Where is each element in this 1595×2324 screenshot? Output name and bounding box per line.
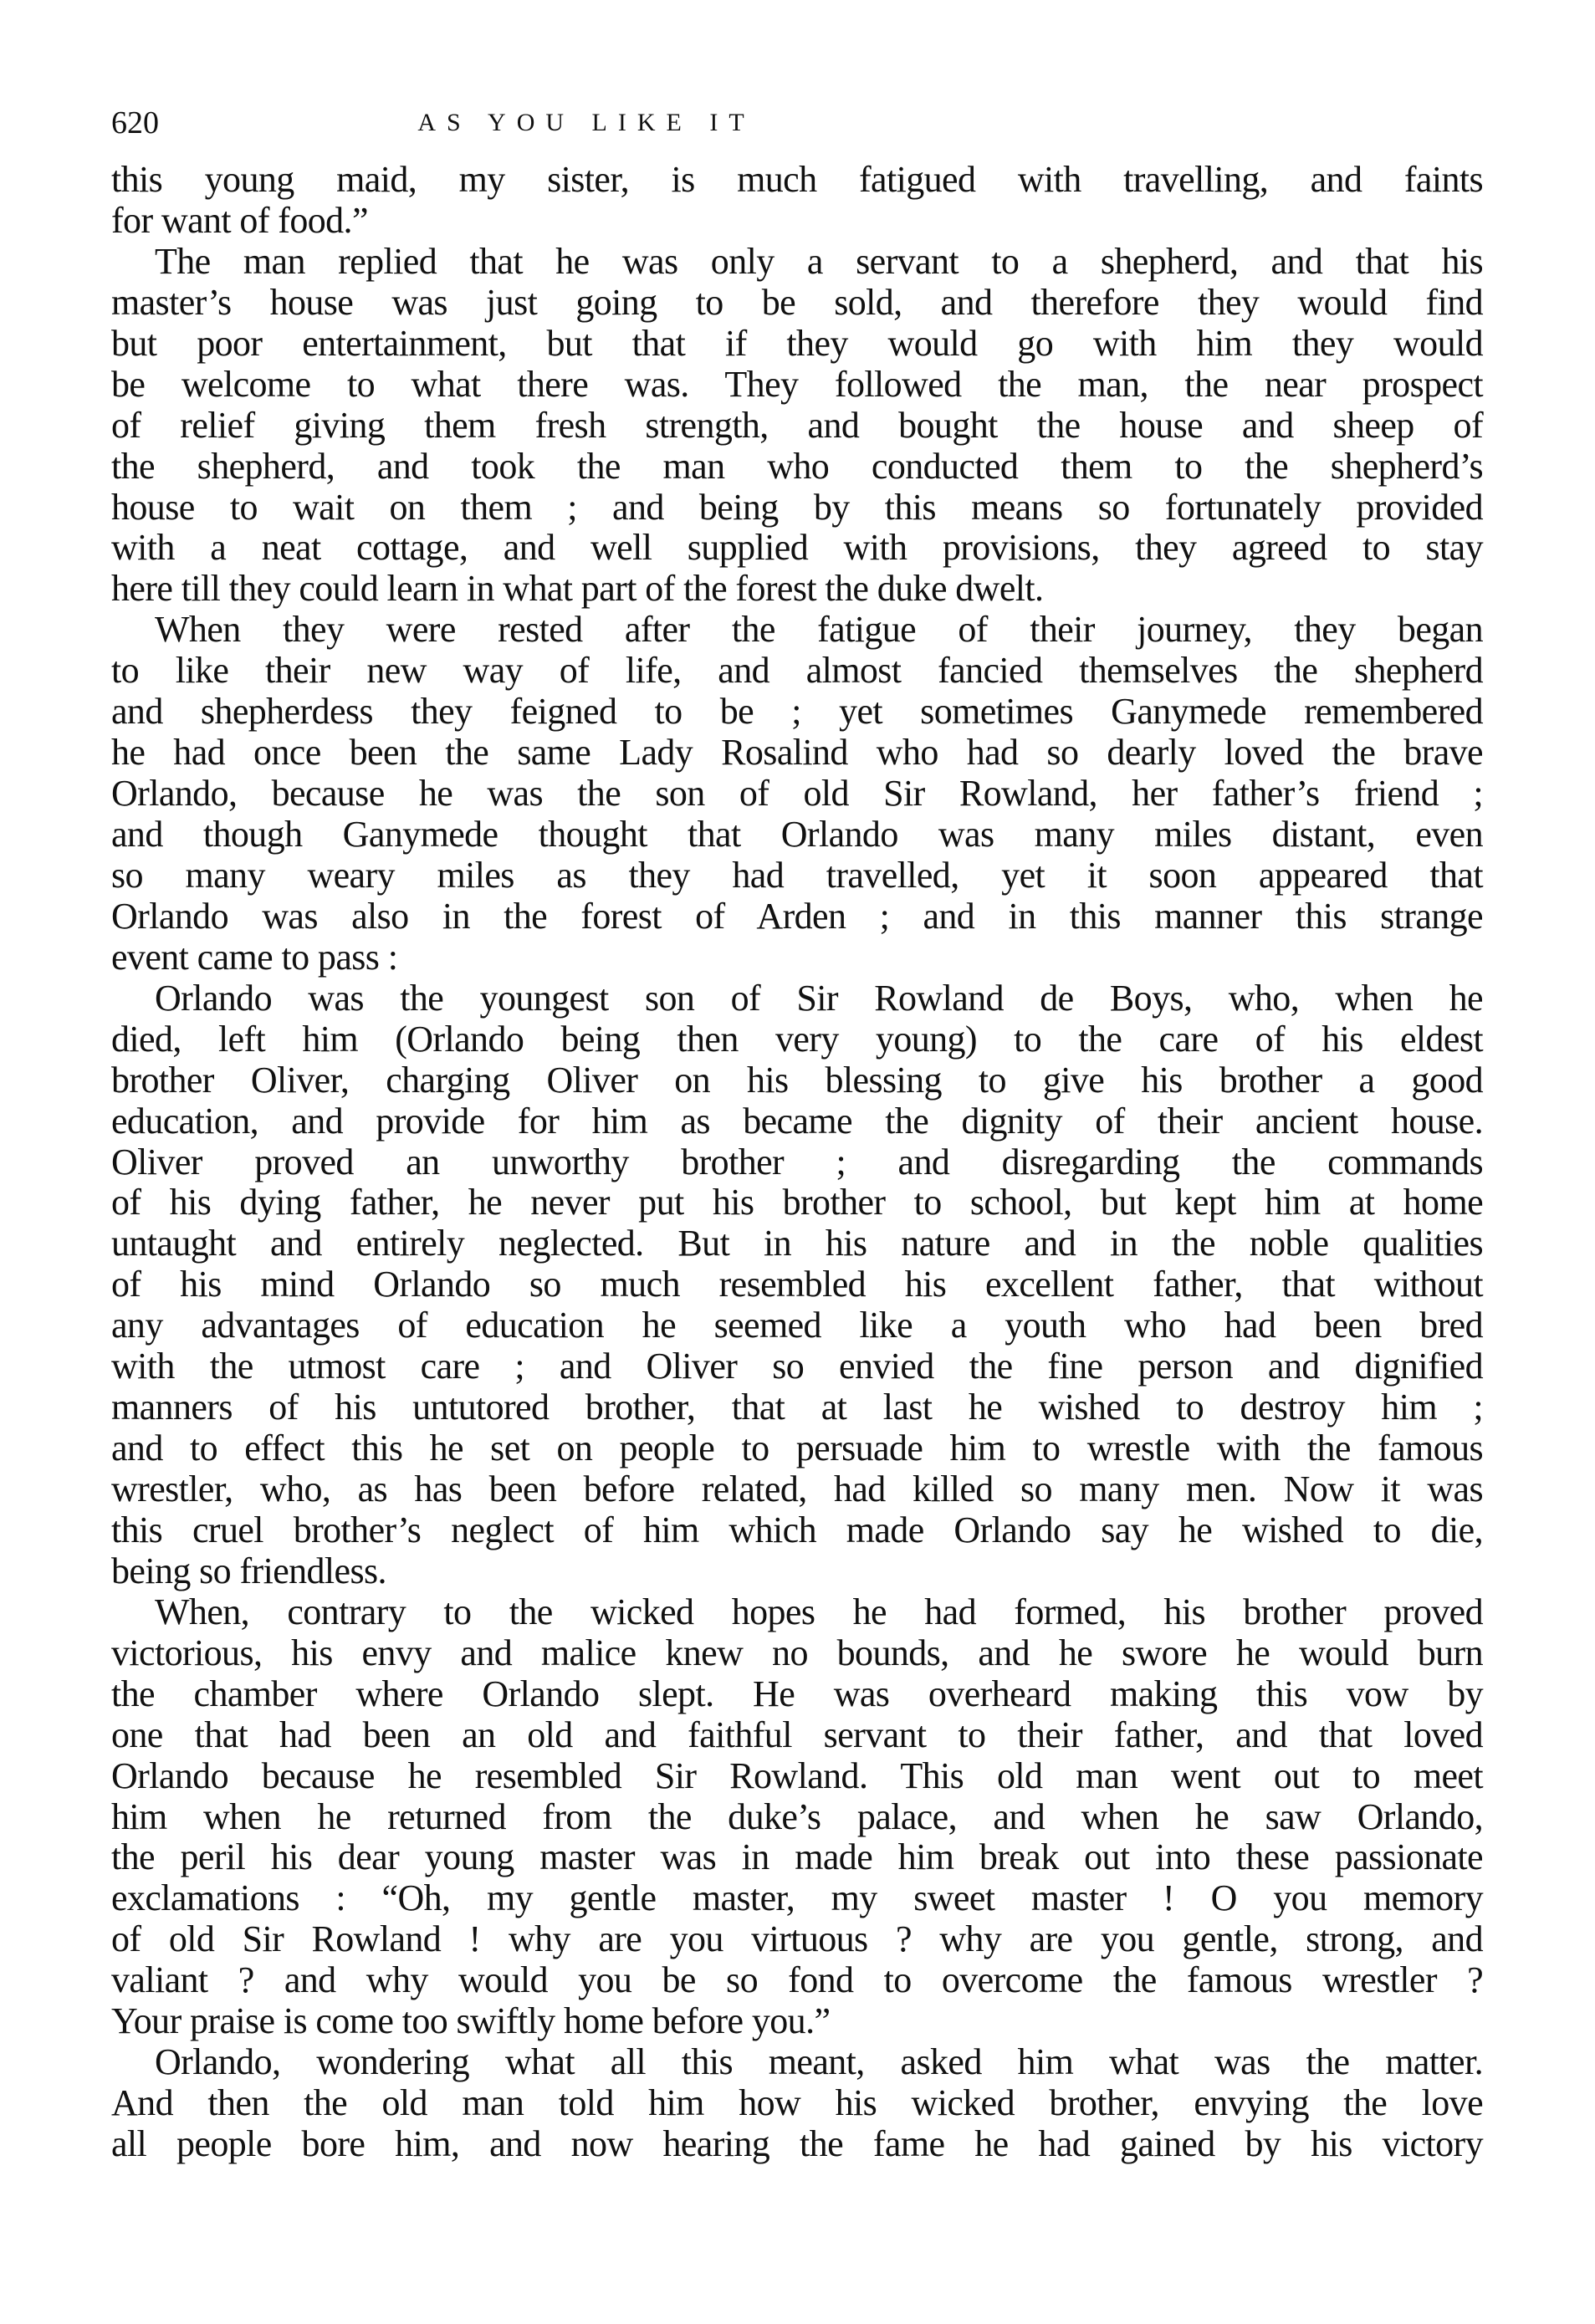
text-line: valiant ? and why would you be so fond t…	[111, 1960, 1483, 2001]
text-line: to like their new way of life, and almos…	[111, 651, 1483, 692]
text-line: and to effect this he set on people to p…	[111, 1428, 1483, 1469]
paragraph-first-line: The man replied that he was only a serva…	[111, 242, 1483, 283]
text-line: untaught and entirely neglected. But in …	[111, 1223, 1483, 1264]
running-title: AS YOU LIKE IT	[111, 102, 1055, 144]
paragraph-first-line: Orlando was the youngest son of Sir Rowl…	[111, 978, 1483, 1019]
text-line: with a neat cottage, and well supplied w…	[111, 528, 1483, 569]
text-line: the chamber where Orlando slept. He was …	[111, 1674, 1483, 1715]
body-text: this young maid, my sister, is much fati…	[111, 160, 1483, 2165]
text-line: of his dying father, he never put his br…	[111, 1182, 1483, 1223]
text-line: and shepherdess they feigned to be ; yet…	[111, 692, 1483, 733]
text-line: for want of food.”	[111, 201, 1483, 242]
paragraph-first-line: When they were rested after the fatigue …	[111, 610, 1483, 651]
text-line: here till they could learn in what part …	[111, 569, 1483, 610]
text-line: and though Ganymede thought that Orlando…	[111, 815, 1483, 856]
text-line: being so friendless.	[111, 1551, 1483, 1592]
text-line: And then the old man told him how his wi…	[111, 2083, 1483, 2124]
text-line: the shepherd, and took the man who condu…	[111, 447, 1483, 488]
text-line: Orlando, because he was the son of old S…	[111, 774, 1483, 815]
text-line: this young maid, my sister, is much fati…	[111, 160, 1483, 201]
text-line: with the utmost care ; and Oliver so env…	[111, 1346, 1483, 1387]
text-line: him when he returned from the duke’s pal…	[111, 1797, 1483, 1838]
text-line: house to wait on them ; and being by thi…	[111, 488, 1483, 529]
text-line: brother Oliver, charging Oliver on his b…	[111, 1060, 1483, 1101]
paragraph-first-line: When, contrary to the wicked hopes he ha…	[111, 1592, 1483, 1633]
text-line: be welcome to what there was. They follo…	[111, 365, 1483, 406]
text-line: exclamations : “Oh, my gentle master, my…	[111, 1878, 1483, 1919]
text-line: of his mind Orlando so much resembled hi…	[111, 1264, 1483, 1305]
text-line: master’s house was just going to be sold…	[111, 283, 1483, 324]
text-line: but poor entertainment, but that if they…	[111, 324, 1483, 365]
text-line: event came to pass :	[111, 937, 1483, 978]
text-line: all people bore him, and now hearing the…	[111, 2124, 1483, 2165]
text-line: so many weary miles as they had travelle…	[111, 856, 1483, 896]
running-head: 620 AS YOU LIKE IT	[111, 102, 1483, 144]
text-line: of old Sir Rowland ! why are you virtuou…	[111, 1919, 1483, 1960]
text-line: the peril his dear young master was in m…	[111, 1837, 1483, 1878]
text-line: victorious, his envy and malice knew no …	[111, 1633, 1483, 1674]
text-line: Orlando was also in the forest of Arden …	[111, 896, 1483, 937]
paragraph-first-line: Orlando, wondering what all this meant, …	[111, 2042, 1483, 2083]
text-line: Your praise is come too swiftly home bef…	[111, 2001, 1483, 2042]
text-line: Oliver proved an unworthy brother ; and …	[111, 1142, 1483, 1183]
text-line: this cruel brother’s neglect of him whic…	[111, 1510, 1483, 1551]
text-line: of relief giving them fresh strength, an…	[111, 406, 1483, 447]
text-line: died, left him (Orlando being then very …	[111, 1019, 1483, 1060]
text-line: any advantages of education he seemed li…	[111, 1305, 1483, 1346]
text-line: education, and provide for him as became…	[111, 1101, 1483, 1142]
text-line: Orlando because he resembled Sir Rowland…	[111, 1756, 1483, 1797]
text-line: wrestler, who, as has been before relate…	[111, 1469, 1483, 1510]
text-line: he had once been the same Lady Rosalind …	[111, 733, 1483, 774]
text-line: manners of his untutored brother, that a…	[111, 1387, 1483, 1428]
text-line: one that had been an old and faithful se…	[111, 1715, 1483, 1756]
